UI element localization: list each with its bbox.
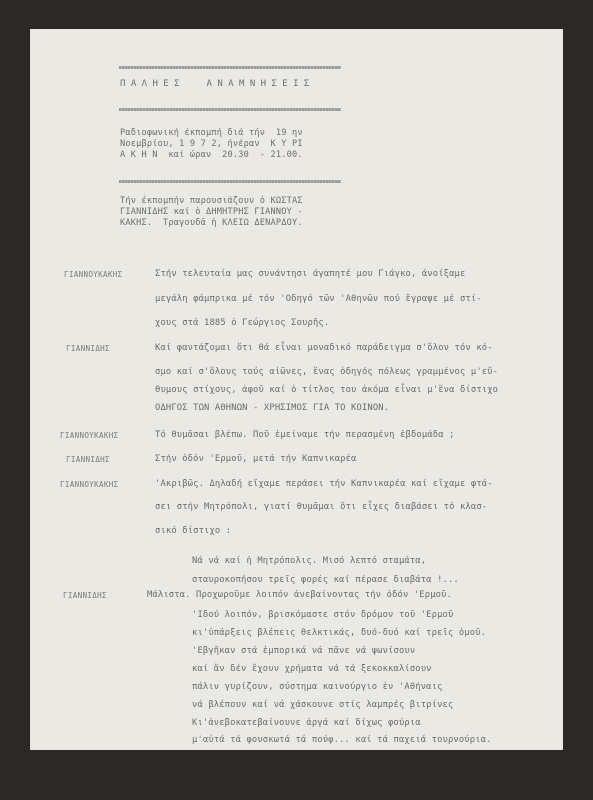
header-line-1: Ραδιοφωνική έκπομπή διά τήν 19 ην — [120, 128, 303, 138]
speaker-label: ΓΙΑΝΝΙΔΗΣ — [66, 344, 110, 353]
verse-line: νά βλέπουν καί νά χάσκουνε στίς λαμπρές … — [192, 700, 453, 710]
verse-line: Κι'ἀνεβοκατεβαίνουνε ἀργά καί δίχως φούρ… — [192, 718, 421, 728]
speaker-label: ΓΙΑΝΝΟΥΚΑΚΗΣ — [60, 480, 118, 489]
dialogue-line: χους στά 1885 ὁ Γεώργιος Σουρῆς. — [155, 318, 329, 328]
verse-line: 'Εβγῆκαν στά ἐμπορικά νά πᾶνε νά ψωνίσου… — [192, 646, 415, 656]
verse-line: μ'αὐτά τά φουσκωτά τά πούφ... καί τά παχ… — [192, 735, 492, 745]
verse-line: πάλιν γυρίζουν, σύστημα καινούργιο ἐν 'Α… — [192, 682, 443, 692]
dialogue-line: σει στήν Μητρόπολι, γιατί θυμᾶμαι ὅτι εἶ… — [155, 502, 487, 512]
speaker-label: ΓΙΑΝΝΙΔΗΣ — [63, 591, 107, 600]
dialogue-line: μεγάλη φάμπρικα μέ τόν 'Οδηγό τῶν 'Αθηνῶ… — [155, 294, 482, 304]
title-bottom-rule — [119, 108, 341, 111]
dialogue-line: Καί φαντάζομαι ὅτι θά εἶναι μοναδικό παρ… — [155, 343, 493, 353]
speaker-label: ΓΙΑΝΝΟΥΚΑΚΗΣ — [64, 270, 122, 279]
header-line-2: Νοεμβρίου, 1 9 7 2, ήνέραν Κ Υ ΡΙ — [120, 139, 303, 149]
speaker-label: ΓΙΑΝΝΙΔΗΣ — [66, 455, 110, 464]
dialogue-line: θυμους στίχους, ἀφοῦ καί ὁ τίτλος του ἀκ… — [155, 385, 498, 395]
dialogue-line: 'Ακριβῶς. Δηλαδή εἴχαμε περάσει τήν Καπν… — [155, 479, 493, 489]
dialogue-line: Στήν τελευταία μας συνάντησι άγαπητέ μου… — [155, 269, 465, 279]
presenters-line-3: ΚΑΚΗΣ. Τραγουδᾶ ἡ ΚΛΕΙΩ ΔΕΝΑΡΔΟΥ. — [120, 218, 303, 228]
presenters-line-1: Τήν έκπομπήν παρουσιάζουν ὁ ΚΩΣΤΑΣ — [120, 196, 303, 206]
title-top-rule — [119, 66, 341, 69]
verse-line: καί ἄν δέν ἔχουν χρήματα νά τά ξεκοκκαλί… — [192, 664, 432, 674]
presenters-line-2: ΓΙΑΝΝΙΔΗΣ καί ὁ ΔΗΜΗΤΡΗΣ ΓΙΑΝΝΟΥ - — [120, 207, 303, 217]
dialogue-line: σικό δίστιχο : — [155, 526, 231, 536]
verse-line: κι'ὑπάρξεις βλέπεις θελκτικάς, δυό-δυό κ… — [192, 628, 486, 638]
dialogue-line: Τό θυμᾶσαι βλέπω. Ποῦ ἐμείναμε τήν περασ… — [155, 430, 455, 440]
verse-line: 'Ιδού λοιπόν, βρισκόμαστε στόν δρόμον το… — [192, 610, 453, 620]
verse-line: Νά νά καί ἡ Μητρόπολις. Μισό λεπτό σταμά… — [192, 556, 426, 566]
presenters-rule — [119, 180, 341, 183]
page-title: ΠΑΛΗΕΣ ΑΝΑΜΝΗΣΕΙΣ — [120, 79, 315, 89]
speaker-label: ΓΙΑΝΝΟΥΚΑΚΗΣ — [60, 431, 118, 440]
header-line-3: Α Κ Η Ν καί ώραν 20.30 - 21.00. — [120, 150, 303, 160]
verse-line: σταυροκοπήσου τρεῖς φορές καί πέρασε δια… — [192, 575, 459, 585]
dialogue-line: σμο καί σ'ὅλους τούς αἰῶνες, ἕνας ὁδηγός… — [155, 367, 498, 377]
dialogue-line: Μάλιστα. Προχωροῦμε λοιπόν ἀνεβαίνοντας … — [147, 590, 452, 600]
dialogue-line: ΟΔΗΓΟΣ ΤΩΝ ΑΘΗΝΩΝ - ΧΡΗΣΙΜΟΣ ΓΙΑ ΤΟ ΚΟΙΝ… — [155, 403, 389, 413]
dialogue-line: Στήν ὁδόν 'Ερμοῦ, μετά τήν Καπνικαρέα — [155, 454, 357, 464]
